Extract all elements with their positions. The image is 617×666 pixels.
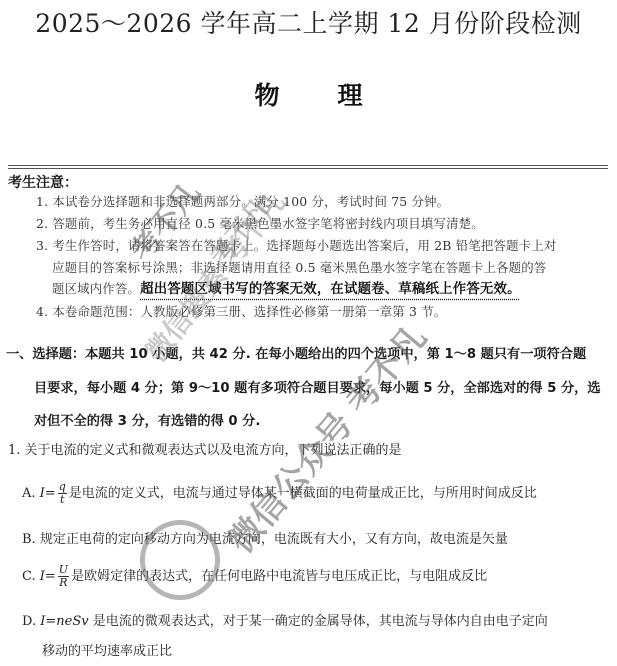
notice-item-4: 4. 本卷命题范围：人教版必修第三册、选择性必修第一册第一章第 3 节。 — [36, 302, 446, 320]
notice-item-3: 3. 考生作答时，请将答案答在答题卡上。选择题每小题选出答案后，用 2B 铅笔把… — [36, 236, 556, 254]
header-rule-top — [8, 165, 608, 166]
option-d-formula: I=neSv — [40, 614, 88, 629]
option-a-text: 是电流的定义式，电流与通过导体某一横截面的电荷量成正比，与所用时间成反比 — [69, 486, 537, 501]
option-c-formula-lhs: I= — [40, 569, 56, 584]
subject-char-1: 物 — [254, 76, 279, 112]
option-b-text: 规定正电荷的定向移动方向为电流方向，电流既有大小，又有方向，故电流是矢量 — [40, 532, 508, 547]
notice-item-3-end: 题区域内作答。 — [52, 281, 140, 296]
option-d-label: D. — [22, 614, 40, 629]
option-a-label: A. — [22, 486, 40, 501]
notice-item-1: 1. 本试卷分选择题和非选择题两部分。满分 100 分，考试时间 75 分钟。 — [36, 192, 449, 210]
question-1-option-c[interactable]: C. I=UR是欧姆定律的表达式，在任何电路中电流皆与电压成正比，与电阻成反比 — [22, 564, 487, 589]
bold-warning: 超出答题区域书写的答案无效，在试题卷、草稿纸上作答无效。 — [140, 282, 521, 297]
section-instructions-line-2: 目要求，每小题 4 分；第 9～10 题有多项符合题目要求，每小题 5 分，全部… — [34, 377, 601, 396]
option-c-label: C. — [22, 569, 40, 584]
subject-char-2: 理 — [338, 76, 363, 112]
fraction-denominator: R — [59, 577, 67, 589]
watermark-wechat-search: 微信搜索 考不凡 — [135, 183, 293, 370]
option-d-text: 是电流的微观表达式，对于某一确定的金属导体，其电流与导体内自由电子定向 — [89, 614, 548, 629]
exam-page: 2025～2026 学年高二上学期 12 月份阶段检测 物理 考生注意： 1. … — [0, 0, 617, 666]
question-1-stem: 1. 关于电流的定义式和微观表达式以及电流方向，下列说法正确的是 — [8, 439, 402, 458]
option-a-fraction: qt — [58, 481, 67, 506]
question-1-option-d[interactable]: D. I=neSv 是电流的微观表达式，对于某一确定的金属导体，其电流与导体内自… — [22, 610, 548, 629]
question-1-option-b[interactable]: B. 规定正电荷的定向移动方向为电流方向，电流既有大小，又有方向，故电流是矢量 — [22, 528, 508, 547]
notice-item-2: 2. 答题前，考生务必用直径 0.5 毫米黑色墨水签字笔将密封线内项目填写清楚。 — [36, 214, 484, 232]
option-c-text: 是欧姆定律的表达式，在任何电路中电流皆与电压成正比，与电阻成反比 — [71, 569, 487, 584]
exam-title: 2025～2026 学年高二上学期 12 月份阶段检测 — [0, 4, 617, 40]
option-c-fraction: UR — [58, 564, 69, 589]
notice-item-3-cont: 应题目的答案标号涂黑；非选择题请用直径 0.5 毫米黑色墨水签字笔在答题卡上各题… — [52, 258, 546, 276]
section-instructions-line-1: 一、选择题：本题共 10 小题，共 42 分. 在每小题给出的四个选项中，第 1… — [6, 343, 586, 362]
header-rule-bottom — [8, 168, 608, 169]
section-instructions-line-3: 对但不全的得 3 分，有选错的得 0 分. — [34, 410, 260, 429]
subject-title: 物理 — [0, 76, 617, 112]
notice-item-3-cont2: 题区域内作答。超出答题区域书写的答案无效，在试题卷、草稿纸上作答无效。 — [52, 278, 521, 297]
question-1-option-d-cont: 移动的平均速率成正比 — [42, 640, 172, 659]
option-a-formula-lhs: I= — [40, 486, 56, 501]
question-1-option-a[interactable]: A. I=qt是电流的定义式，电流与通过导体某一横截面的电荷量成正比，与所用时间… — [22, 481, 537, 506]
fraction-denominator: t — [60, 494, 64, 506]
notice-heading: 考生注意： — [8, 172, 78, 192]
option-b-label: B. — [22, 532, 40, 547]
